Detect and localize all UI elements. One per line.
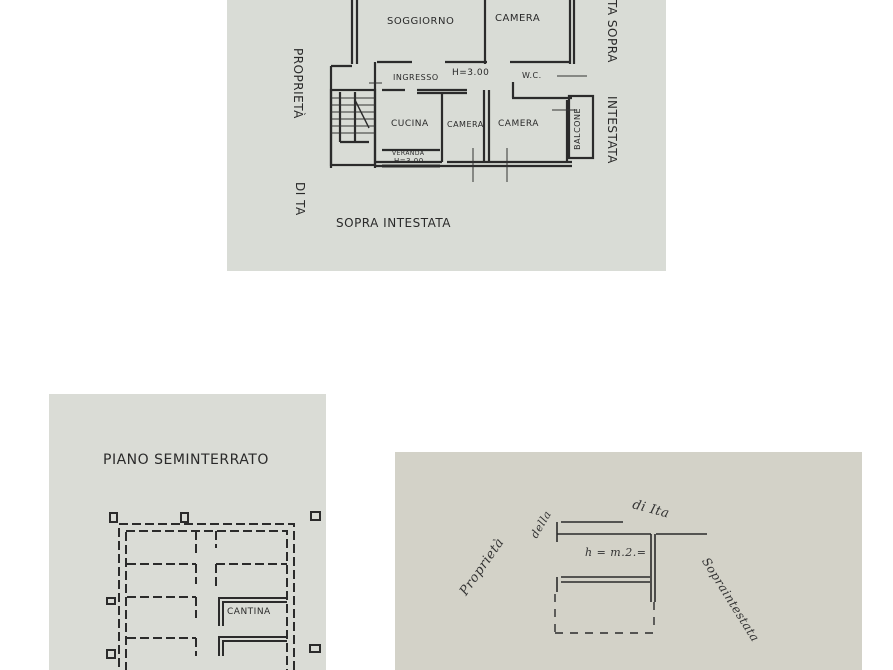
upper-floor-plan: SOGGIORNO CAMERA INGRESSO H=3.00 W.C. CU… [227, 0, 666, 271]
basement-plan: PIANO SEMINTERRATO [49, 394, 326, 670]
room-label-camera-top: CAMERA [495, 13, 540, 24]
upper-floor-walls [227, 0, 666, 271]
room-label-cucina: CUCINA [391, 119, 429, 129]
garage-walls [395, 452, 862, 670]
room-label-camera-mid: CAMERA [447, 120, 484, 129]
room-label-wc: W.C. [522, 71, 542, 80]
room-label-veranda: VERANDA [392, 150, 425, 157]
boundary-label-right-bottom: INTESTATA [605, 96, 619, 164]
height-label-veranda: H=3.00 [394, 157, 424, 165]
boundary-label-left-bottom: DI TA [293, 182, 307, 216]
room-label-soggiorno: SOGGIORNO [387, 16, 454, 27]
room-label-cantina: CANTINA [227, 607, 271, 617]
room-label-camera-right: CAMERA [498, 119, 539, 129]
height-label-main: H=3.00 [452, 68, 489, 78]
boundary-label-left-top: PROPRIETÀ [291, 48, 305, 119]
room-label-ingresso: INGRESSO [393, 73, 439, 82]
boundary-label-bottom: SOPRA INTESTATA [336, 216, 451, 230]
garage-plan: h = m.2.= Proprietà della di Ita Soprain… [395, 452, 862, 670]
boundary-label-right-top: TA SOPRA [605, 0, 619, 63]
garage-height-label: h = m.2.= [585, 546, 646, 559]
room-label-balcone: BALCONE [573, 108, 582, 150]
basement-walls [49, 394, 326, 670]
